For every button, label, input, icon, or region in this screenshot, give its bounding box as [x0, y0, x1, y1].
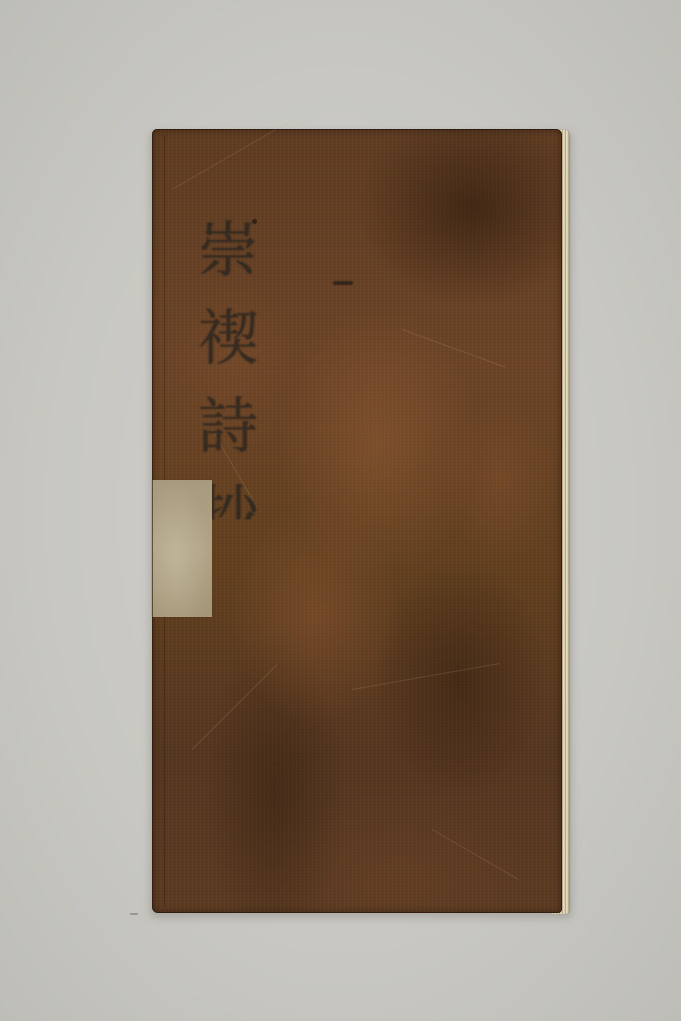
paper-label-patch [152, 480, 212, 617]
cover-crease [192, 664, 278, 750]
cover-crease [352, 663, 500, 690]
title-char: 詩 [198, 383, 258, 471]
cover-crease [402, 329, 506, 368]
cover-crease [172, 119, 294, 190]
ink-stroke [333, 281, 353, 285]
cover-crease [432, 829, 519, 880]
book-cover: 崇 禊 詩 抄 [152, 129, 562, 913]
title-char: 崇 [198, 207, 258, 295]
title-char: 禊 [198, 295, 258, 383]
background-mark [130, 913, 138, 915]
ink-dot [252, 219, 257, 224]
